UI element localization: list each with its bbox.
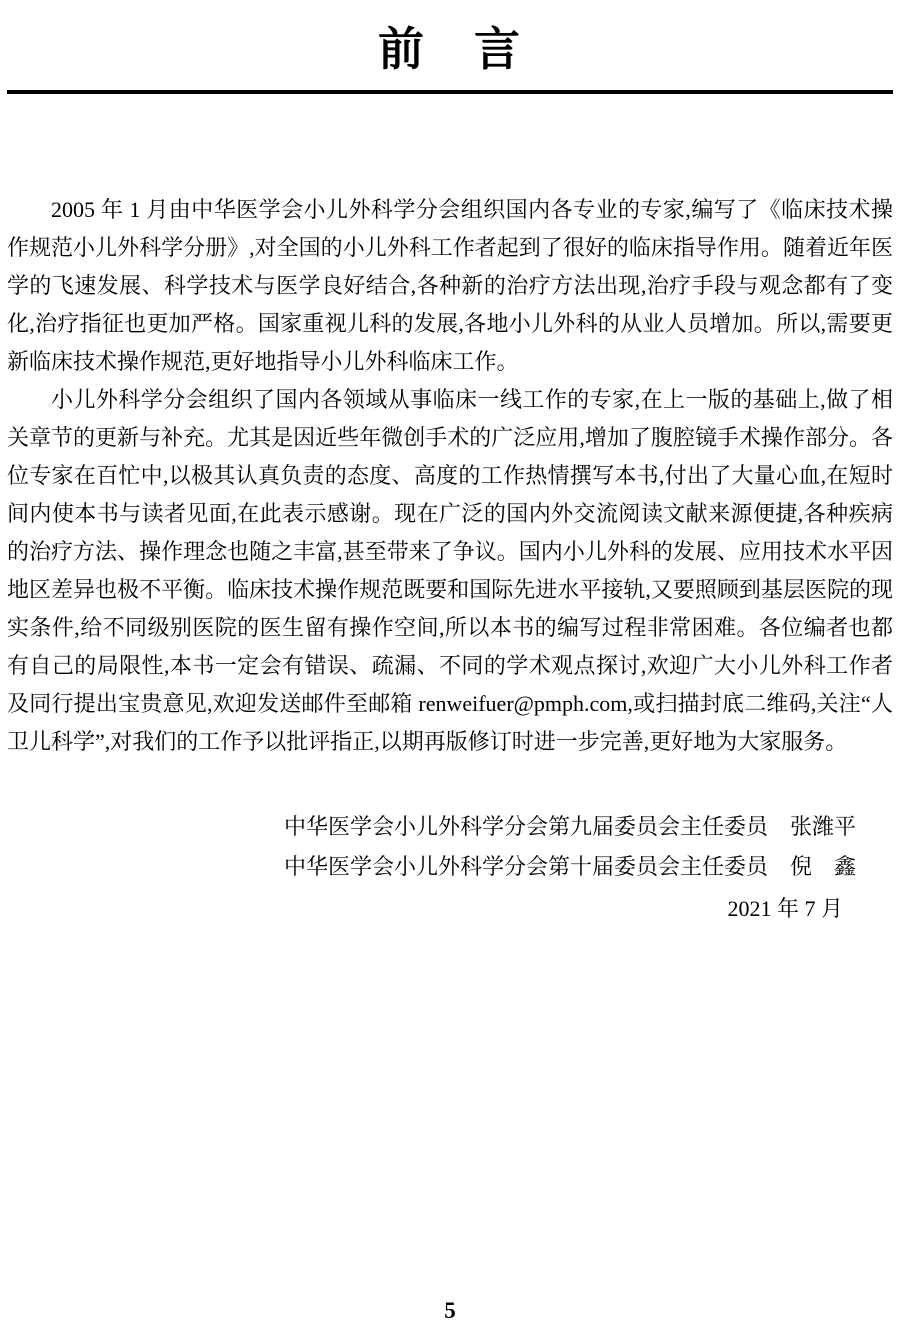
page-title: 前 言 (7, 22, 893, 77)
preface-paragraph: 2005 年 1 月由中华医学会小儿外科学分会组织国内各专业的专家,编写了《临床… (7, 191, 893, 381)
preface-body: 2005 年 1 月由中华医学会小儿外科学分会组织国内各专业的专家,编写了《临床… (7, 191, 893, 929)
signature-line: 中华医学会小儿外科学分会第九届委员会主任委员 张潍平 (7, 807, 893, 847)
page-footer: 5 (0, 1298, 900, 1324)
page-number: 5 (444, 1298, 456, 1323)
signature-line: 中华医学会小儿外科学分会第十届委员会主任委员 倪 鑫 (7, 847, 893, 887)
page-header: 前 言 (7, 0, 893, 94)
title-rule (7, 90, 893, 94)
preface-paragraph: 小儿外科学分会组织了国内各领域从事临床一线工作的专家,在上一版的基础上,做了相关… (7, 381, 893, 761)
signature-block: 中华医学会小儿外科学分会第九届委员会主任委员 张潍平 中华医学会小儿外科学分会第… (7, 807, 893, 929)
signature-date: 2021 年 7 月 (7, 889, 893, 929)
preface-page: 前 言 2005 年 1 月由中华医学会小儿外科学分会组织国内各专业的专家,编写… (0, 0, 900, 1344)
